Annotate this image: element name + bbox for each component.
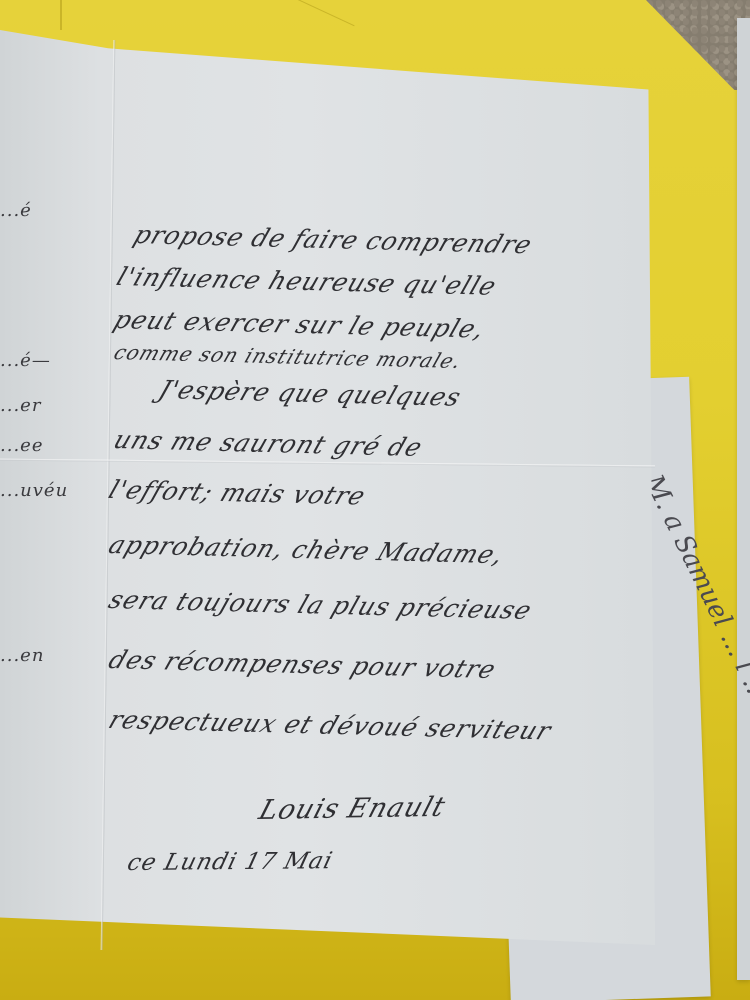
left-page-text: ...en [0, 645, 44, 666]
signature: Louis Enault [255, 792, 449, 826]
far-right-sheet [737, 18, 750, 980]
date-line: ce Lundi 17 Mai [125, 848, 336, 876]
background-crease [60, 0, 62, 30]
left-page-text: ...é— [0, 350, 51, 371]
left-page-text: ...é [0, 200, 32, 221]
left-page-text: ...uvéu [0, 480, 68, 501]
left-page-text: ...er [0, 395, 41, 416]
left-page-text: ...ee [0, 435, 43, 456]
